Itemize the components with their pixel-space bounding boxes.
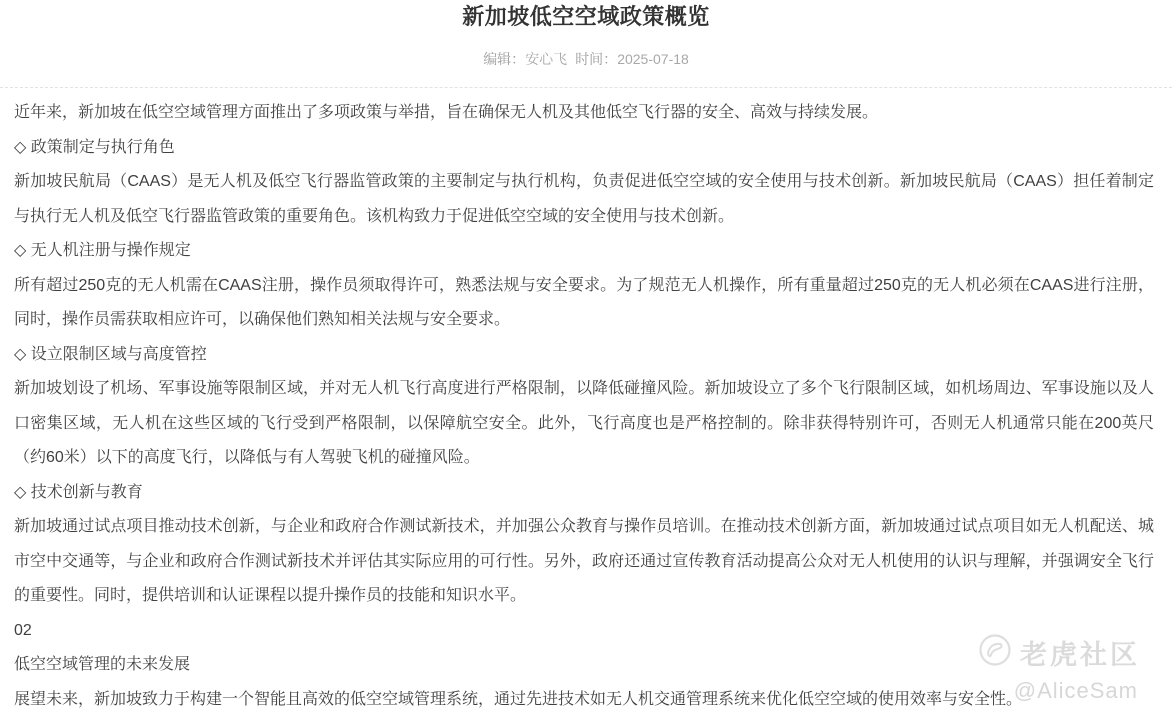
tiger-logo-icon — [979, 634, 1011, 671]
meta-time-label: 时间： — [575, 51, 617, 67]
section-heading-registration: ◇ 无人机注册与操作规定 — [14, 234, 1154, 269]
intro-paragraph: 近年来，新加坡在低空空域管理方面推出了多项政策与举措，旨在确保无人机及其他低空飞… — [14, 96, 1154, 131]
meta-editor-label: 编辑： — [483, 51, 525, 67]
article-page: 新加坡低空空域政策概览 编辑：安心飞时间：2025-07-18 近年来，新加坡在… — [0, 0, 1172, 717]
section-paragraph-innovation-education: 新加坡通过试点项目推动技术创新，与企业和政府合作测试新技术，并加强公众教育与操作… — [14, 510, 1154, 614]
section-heading-policy-roles: ◇ 政策制定与执行角色 — [14, 131, 1154, 166]
watermark: 老虎社区 @AliceSam — [979, 633, 1140, 704]
section-heading-restricted-zones: ◇ 设立限制区域与高度管控 — [14, 338, 1154, 373]
article-content: 近年来，新加坡在低空空域管理方面推出了多项政策与举措，旨在确保无人机及其他低空飞… — [0, 88, 1172, 717]
watermark-handle: @AliceSam — [979, 678, 1140, 704]
watermark-brand: 老虎社区 — [1020, 633, 1140, 672]
meta-editor-value: 安心飞 — [525, 51, 567, 67]
section-paragraph-policy-roles: 新加坡民航局（CAAS）是无人机及低空飞行器监管政策的主要制定与执行机构，负责促… — [14, 165, 1154, 234]
meta-time-value: 2025-07-18 — [617, 51, 689, 67]
watermark-row: 老虎社区 — [979, 633, 1140, 672]
section-heading-innovation-education: ◇ 技术创新与教育 — [14, 476, 1154, 511]
article-meta: 编辑：安心飞时间：2025-07-18 — [0, 49, 1172, 69]
section-paragraph-restricted-zones: 新加坡划设了机场、军事设施等限制区域，并对无人机飞行高度进行严格限制，以降低碰撞… — [14, 372, 1154, 476]
section-paragraph-registration: 所有超过250克的无人机需在CAAS注册，操作员须取得许可，熟悉法规与安全要求。… — [14, 269, 1154, 338]
page-title: 新加坡低空空域政策概览 — [0, 0, 1172, 31]
